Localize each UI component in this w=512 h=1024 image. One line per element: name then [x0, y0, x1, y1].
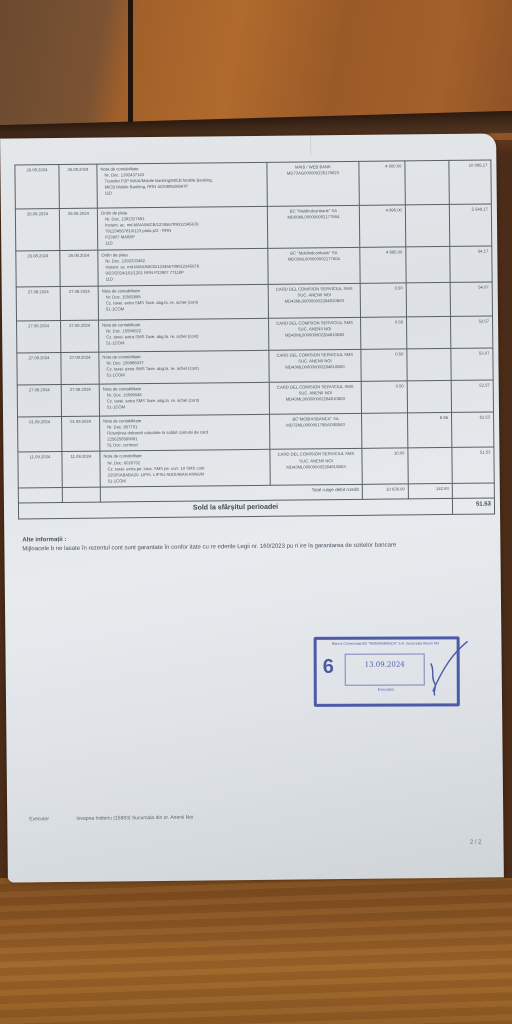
counterparty: CARD DEL COMISION SERVICIUL SMSSUC. ANEN… [269, 317, 361, 350]
transaction-details: Nota de contabilitateNr. Doc. 15592895Cz… [98, 284, 268, 320]
details-line: 11D [101, 189, 264, 197]
value-date: 27.08.2024 [61, 384, 99, 416]
value-date: 26.08.2024 [59, 164, 97, 208]
closing-balance-value: 51.53 [452, 498, 494, 514]
counterparty-line: CARD DEL COMISION SERVICIUL SMS [273, 451, 358, 458]
transaction-details: Nota de contabilitateNr. Doc. 155986037C… [99, 350, 269, 384]
operation-date: 26.08.2024 [15, 165, 59, 209]
value-date: 26.08.2024 [60, 250, 98, 286]
page-number: 2 / 2 [470, 840, 482, 846]
table-row: 26.08.202426.08.2024Ordin de plataNr. Do… [15, 204, 491, 251]
credit-amount [408, 448, 452, 484]
counterparty-line: MD43ML000000002284810B83 [272, 298, 357, 305]
balance-amount: 52.57 [451, 380, 493, 412]
counterparty-line: MD43ML000000002284810B83 [273, 396, 358, 403]
debit-amount: 0.50 [361, 381, 407, 413]
credit-amount: 8.96 [408, 412, 452, 448]
counterparty-line: MD06ML000000002177904 [271, 214, 356, 221]
value-date: 11.09.2024 [62, 452, 100, 488]
balance-amount: 53.07 [451, 348, 493, 380]
credit-amount [405, 204, 449, 246]
counterparty: CARD DEL COMISION SERVICIUL SMSSUC. ANEN… [270, 449, 362, 486]
counterparty-line: MD43ML000000002284810B83 [272, 332, 357, 339]
counterparty: BC "Moldindconbank" SAMD06ML000000002177… [267, 205, 359, 248]
operation-date: 27.08.2024 [17, 320, 61, 352]
value-date: 26.08.2024 [59, 208, 97, 250]
balance-amount: 5 549.17 [449, 204, 491, 246]
counterparty-line: MD43ML000000002284810B83 [274, 464, 359, 471]
executor-line: Executor Iovapna Indioriu (15883) Sucurs… [29, 815, 193, 823]
debit-amount: 4 600.00 [359, 161, 405, 205]
value-date: 27.08.2024 [60, 286, 98, 320]
table-row: 26.08.202426.08.2024Nota de contabilitat… [15, 160, 491, 209]
balance-amount: 10 095.17 [449, 160, 491, 204]
counterparty-line: MD72ML000000175BAD0B583 [273, 422, 358, 429]
balance-amount: 54.07 [450, 282, 492, 316]
counterparty: CARD DEL COMISION SERVICIUL SMSSUC. ANEN… [269, 381, 361, 414]
value-date: 27.08.2024 [61, 352, 99, 384]
other-info: Alte informații : Mijloacele b ne lasate… [22, 532, 482, 555]
signature-icon [413, 633, 473, 703]
transaction-details: Nota de contabilitateNr. Doc. 15599045Cz… [99, 382, 269, 416]
transaction-details: Nota de contabilitateNr. Doc. 857701Rotu… [100, 414, 270, 451]
credit-amount [406, 282, 450, 316]
debit-amount: 10.00 [362, 448, 408, 484]
debit-amount: 4 995.00 [359, 205, 405, 247]
executor-label: Executor [29, 816, 49, 822]
credit-amount [407, 348, 451, 380]
counterparty: MAIB / WEB BANKMD73AG000000225176823 [267, 161, 359, 206]
transaction-details: Nota de contabilitateNr. Doc. 15596022Cz… [99, 318, 269, 352]
total-debit: 10 638.00 [362, 484, 408, 499]
table-row: 11.09.202411.09.2024Nota de contabilitat… [18, 447, 494, 488]
operation-date: 11.09.2024 [18, 452, 62, 488]
transaction-details: Nota de contabilitateNr. Doc. 1392437163… [97, 162, 267, 208]
bank-stamp: Banca Comerciala BC "MOBIASBANCA" S.A. S… [314, 636, 460, 707]
transaction-details: Ordin de plataNr. Doc. 1392327591Instant… [97, 206, 267, 250]
debit-amount [362, 413, 408, 449]
closing-balance-label: Sold la sfârșitul perioadei [18, 499, 452, 519]
stamp-number: 6 [323, 656, 334, 679]
credit-amount [406, 246, 450, 282]
operation-date: 26.08.2024 [16, 250, 60, 286]
credit-amount [407, 316, 451, 348]
details-line: 11D [102, 275, 265, 283]
transaction-details: Ordin de plataNr. Doc. 1392333462Instant… [98, 248, 268, 286]
balance-amount: 54.17 [450, 246, 492, 282]
debit-amount: 0.50 [361, 349, 407, 381]
table-row: 27.08.202427.08.2024Nota de contabilitat… [16, 282, 492, 321]
debit-amount: 0.50 [361, 317, 407, 349]
counterparty: CARD DEL COMISION SERVICIUL SMSSUC. ANEN… [269, 349, 361, 382]
total-credit: 142.93 [408, 484, 452, 499]
counterparty-line: MD43ML000000002284810B83 [273, 364, 358, 371]
operation-date: 27.08.2024 [17, 384, 61, 416]
balance-amount: 53.57 [451, 316, 493, 348]
counterparty: BC"MOBIASBANCA" SAMD72ML000000175BAD0B58… [270, 413, 362, 449]
debit-amount: 0.50 [360, 283, 406, 317]
counterparty-line: MD73AG000000225176823 [270, 170, 355, 177]
table-row: 26.08.202426.08.2024Ordin de plataNr. Do… [16, 246, 492, 287]
statement-page: 26.08.202426.08.2024Nota de contabilitat… [0, 133, 504, 882]
table-row: 27.08.202427.08.2024Nota de contabilitat… [17, 380, 493, 417]
executor-name: Iovapna Indioriu (15883) Sucursala din o… [76, 815, 193, 822]
table-row: 27.08.202427.08.2024Nota de contabilitat… [17, 316, 493, 353]
value-date: 27.08.2024 [61, 320, 99, 352]
operation-date: 27.08.2024 [17, 352, 61, 384]
table-row: 27.08.202427.08.2024Nota de contabilitat… [17, 348, 493, 385]
operation-date: 01.09.2024 [18, 416, 62, 452]
balance-amount: 51.53 [452, 447, 494, 483]
transactions-table: 26.08.202426.08.2024Nota de contabilitat… [14, 159, 495, 519]
details-line: 11D [101, 239, 264, 247]
counterparty-line: MD03ML000000002177604 [271, 256, 356, 263]
credit-amount [407, 380, 451, 412]
operation-date: 26.08.2024 [15, 209, 59, 251]
counterparty: BC "Moldindconbank" SAMD03ML000000002177… [268, 247, 360, 284]
value-date: 01.09.2024 [62, 416, 100, 452]
credit-amount [405, 160, 449, 204]
details-line: 51 Doc. contract [103, 441, 266, 449]
transaction-details: Nota de contabilitateNr. Doc. 6026752Cz.… [100, 450, 270, 488]
counterparty: CARD DEL COMISION SERVICIUL SMSSUC. ANEN… [268, 283, 360, 318]
debit-amount: 4 995.00 [360, 247, 406, 283]
wooden-table-top [0, 0, 512, 140]
operation-date: 27.08.2024 [16, 286, 60, 320]
balance-amount: 61.53 [452, 412, 494, 448]
table-row: 01.09.202401.09.2024Nota de contabilitat… [18, 412, 494, 452]
wooden-table-bottom [0, 878, 512, 1024]
